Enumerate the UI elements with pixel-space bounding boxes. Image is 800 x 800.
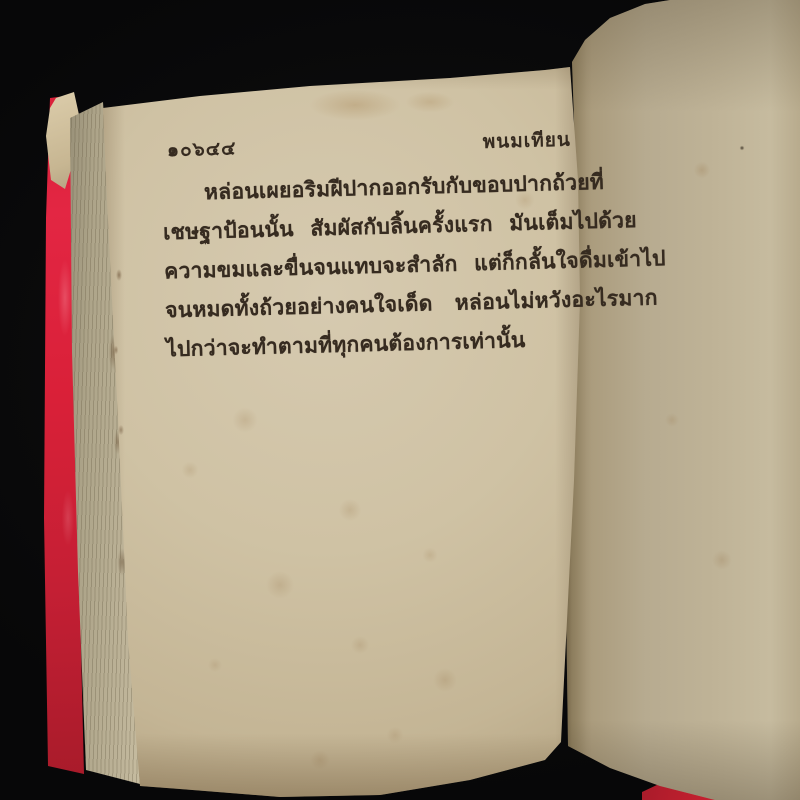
page-number: ๑๐๖๔๔ [167,136,237,164]
book-photo: ๑๐๖๔๔ พนมเทียน หล่อนเผยอริมฝีปากออกรับกั… [0,0,800,800]
page-header: ๑๐๖๔๔ พนมเทียน [167,128,572,165]
running-title: พนมเทียน [482,128,571,156]
paragraph: หล่อนเผยอริมฝีปากออกรับกับขอบปากถ้วยที่ … [162,163,587,369]
page-text-block: ๑๐๖๔๔ พนมเทียน หล่อนเผยอริมฝีปากออกรับกั… [93,49,612,800]
